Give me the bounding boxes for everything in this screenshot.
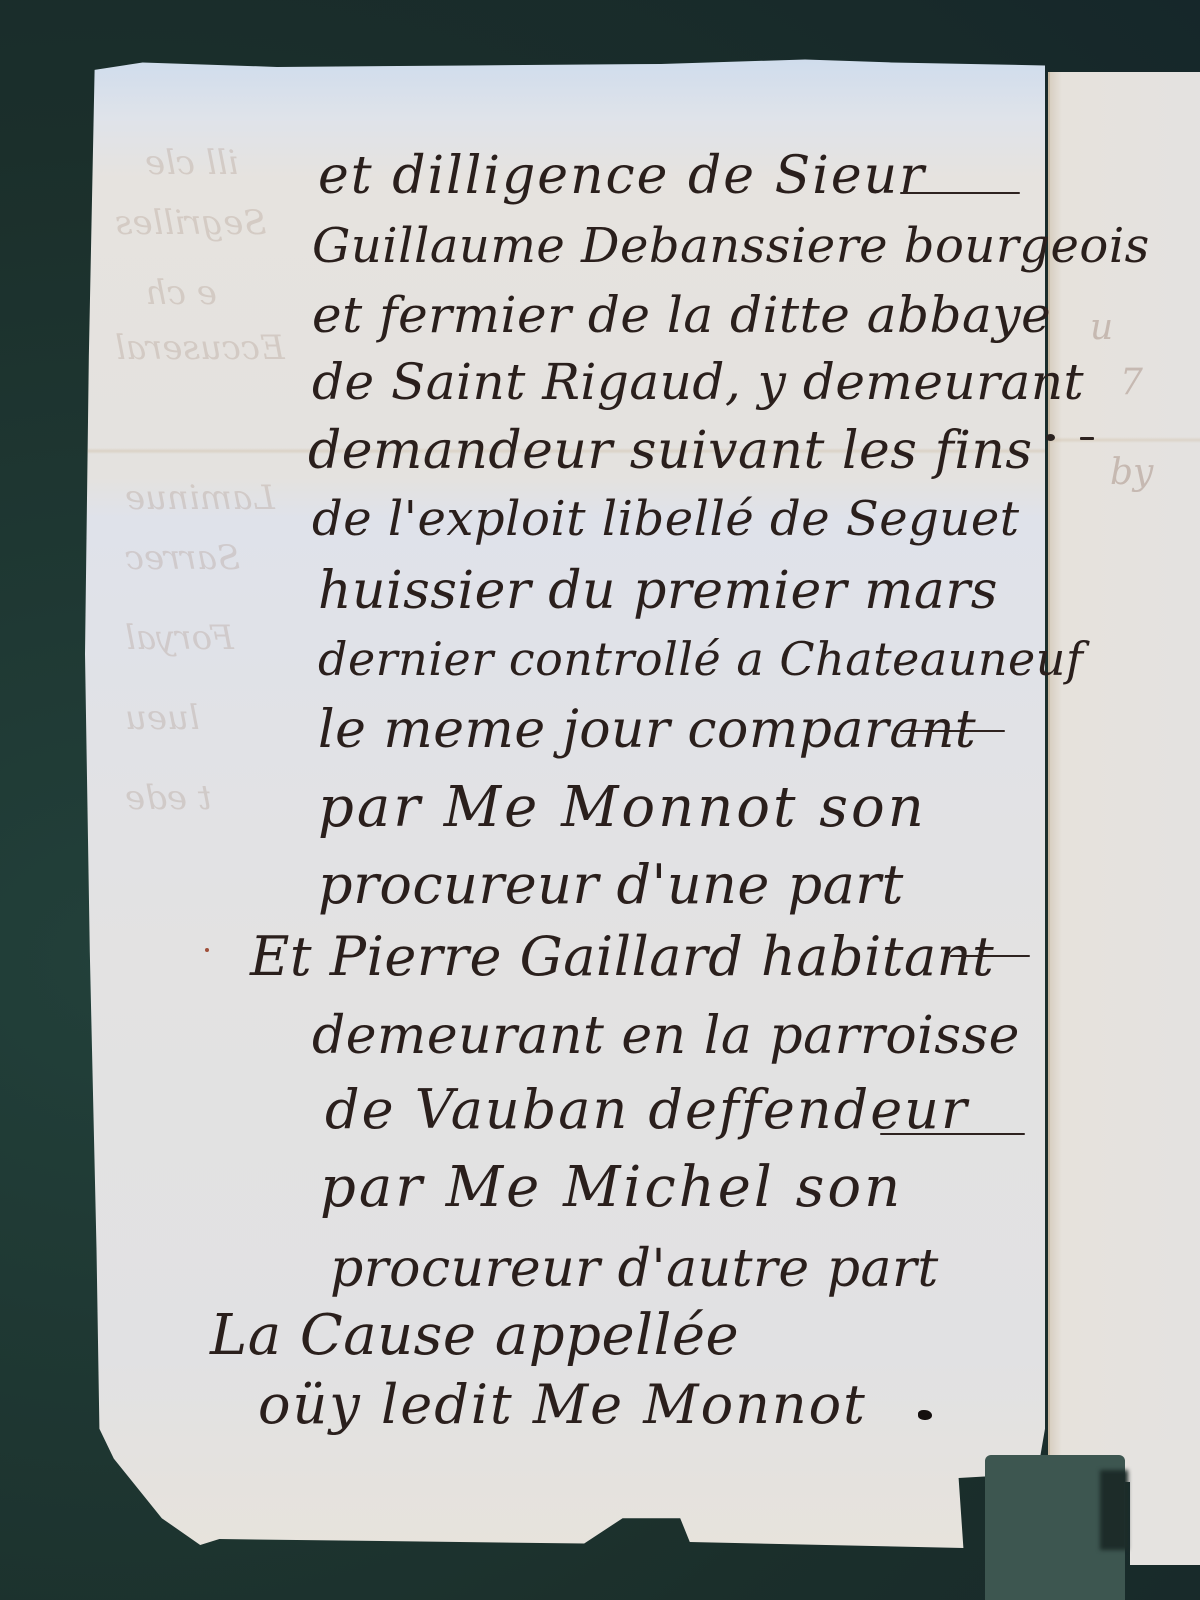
manuscript-line: le meme jour comparant — [318, 704, 976, 756]
manuscript-line: et fermier de la ditte abbaye — [312, 290, 1051, 340]
manuscript-line: demandeur suivant les fins — [308, 425, 1033, 477]
handwritten-text: et dilligence de Sieur Guillaume Debanss… — [0, 0, 1200, 1600]
line-filler-stroke — [880, 1133, 1025, 1135]
manuscript-line: par Me Michel son — [320, 1160, 903, 1216]
manuscript-line: par Me Monnot son — [318, 780, 927, 836]
manuscript-line: La Cause appellée — [210, 1308, 739, 1364]
manuscript-line: Et Pierre Gaillard habitant — [250, 930, 994, 984]
manuscript-line: et dilligence de Sieur — [318, 150, 926, 202]
line-filler-stroke — [900, 730, 1005, 732]
manuscript-line: oüy ledit Me Monnot — [258, 1378, 867, 1432]
line-filler-stroke — [950, 955, 1030, 957]
ink-blot — [918, 1410, 932, 1420]
manuscript-line: demeurant en la parroisse — [312, 1010, 1020, 1062]
manuscript-line: Guillaume Debanssiere bourgeois — [312, 222, 1150, 270]
manuscript-line: de Vauban deffendeur — [325, 1083, 969, 1137]
manuscript-line: de Saint Rigaud, y demeurant — [312, 357, 1084, 407]
manuscript-line: procureur d'une part — [318, 858, 904, 912]
manuscript-line: huissier du premier mars — [318, 565, 998, 617]
manuscript-line: de l'exploit libellé de Seguet — [312, 495, 1020, 543]
line-filler-stroke — [900, 192, 1020, 194]
manuscript-line: dernier controllé a Chateauneuf — [318, 636, 1083, 682]
manuscript-line: procureur d'autre part — [330, 1243, 939, 1295]
